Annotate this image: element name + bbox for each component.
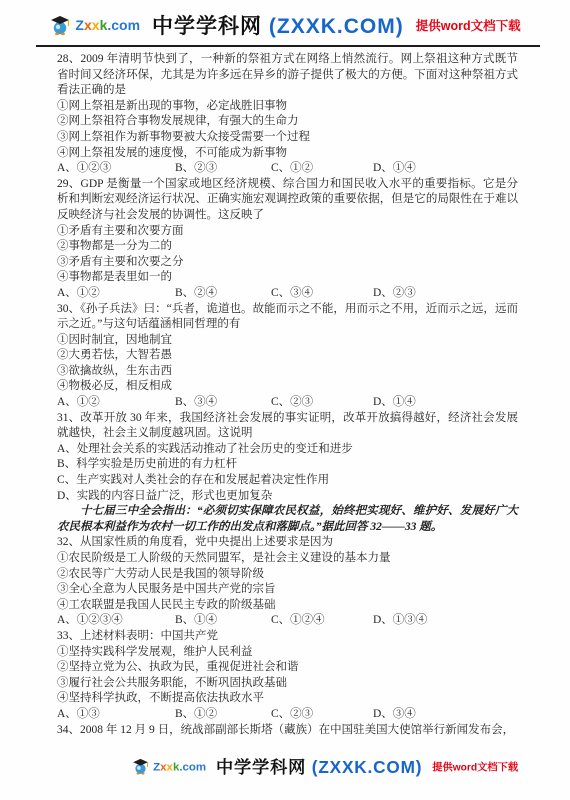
question-item: ④网上祭祖发展的速度慢，不可能成为新事物 [57, 146, 518, 162]
option-c: C、③④ [271, 286, 373, 302]
option-c: C、②③ [271, 707, 373, 723]
logo-wordmark: Zxxk.com [75, 18, 140, 32]
question-item: ④坚持科学执政，不断提高依法执政水平 [57, 691, 518, 707]
question-item: ①网上祭祖是新出现的事物，必定战胜旧事物 [57, 99, 518, 115]
question-text: 《孙子兵法》曰：“兵者，诡道也。故能而示之不能，用而示之不用，近而示之远，远而示… [57, 303, 518, 331]
question-item: ③矛盾有主要和次要之分 [57, 255, 518, 271]
question-number: 30、 [57, 303, 80, 315]
question-stem: 28、2009 年清明节快到了，一种新的祭祖方式在网络上悄然流行。网上祭祖这种方… [57, 52, 518, 99]
question-item: ①坚持实践科学发展观，维护人民利益 [57, 645, 518, 661]
question-text: 从国家性质的角度看，党中央提出上述要求是因为 [80, 536, 333, 548]
question-item: ④物极必反，相反相成 [57, 379, 518, 395]
question-stem: 34、2008 年 12 月 9 日，统战部副部长斯塔（藏族）在中国驻美国大使馆… [57, 723, 518, 739]
question-stem: 31、改革开放 30 年来，我国经济社会发展的事实证明，改革开放搞得越好，经济社… [57, 411, 518, 442]
answer-options-row: A、①②B、③④C、②③D、①④ [57, 395, 518, 411]
logo-letter: .com [179, 760, 206, 773]
site-title-en: (ZXXK.COM) [312, 758, 423, 777]
header-divider [36, 45, 540, 47]
question-item: A、处理社会关系的实践活动推动了社会历史的变迁和进步 [57, 442, 518, 458]
question-number: 28、 [57, 53, 81, 65]
option-b: B、①② [175, 707, 271, 723]
site-footer: Zxxk.com 中学学科网 (ZXXK.COM) 提供word文档下载 [91, 754, 558, 779]
question-item: ②坚持立党为公、执政为民，重视促进社会和谐 [57, 660, 518, 676]
logo-letter: x [84, 17, 92, 33]
question-29: 29、GDP 是衡量一个国家或地区经济规模、综合国力和国民收入水平的重要指标。它… [57, 177, 518, 302]
option-c: C、①② [271, 161, 373, 177]
question-text: 上述材料表明：中国共产党 [80, 630, 218, 642]
question-text: 2009 年清明节快到了，一种新的祭祖方式在网络上悄然流行。网上祭祖这种方式既节… [57, 53, 518, 96]
word-download-link[interactable]: 提供word文档下载 [432, 759, 518, 774]
answer-options-row: A、①②③④B、①④C、①②④D、①③④ [57, 613, 518, 629]
option-b: B、③④ [175, 395, 271, 411]
question-item: C、生产实践对人类社会的存在和发展起着决定性作用 [57, 473, 518, 489]
site-title-en: (ZXXK.COM) [269, 15, 404, 38]
question-31: 31、改革开放 30 年来，我国经济社会发展的事实证明，改革开放搞得越好，经济社… [57, 411, 518, 505]
question-item: ③网上祭祖作为新事物要被大众接受需要一个过程 [57, 130, 518, 146]
question-item: D、实践的内容日益广泛，形式也更加复杂 [57, 489, 518, 505]
question-item: ③欲擒故纵，生东击西 [57, 364, 518, 380]
answer-options-row: A、①②③B、②③C、①②D、①④ [57, 161, 518, 177]
question-text: GDP 是衡量一个国家或地区经济规模、综合国力和国民收入水平的重要指标。它是分析… [57, 178, 518, 221]
logo-letter: Z [75, 17, 84, 33]
zxxk-logo[interactable]: Zxxk.com [132, 757, 206, 775]
site-title-cn: 中学学科网 [152, 15, 262, 38]
zxxk-logo[interactable]: Zxxk.com [49, 14, 140, 36]
exam-content: 28、2009 年清明节快到了，一种新的祭祖方式在网络上悄然流行。网上祭祖这种方… [57, 52, 518, 738]
logo-letter: .com [107, 17, 140, 33]
option-a: A、①②③④ [57, 613, 175, 629]
answer-options-row: A、①②B、②④C、③④D、②③ [57, 286, 518, 302]
graduate-mascot-icon [49, 14, 73, 36]
question-item: ①矛盾有主要和次要方面 [57, 224, 518, 240]
question-34: 34、2008 年 12 月 9 日，统战部副部长斯塔（藏族）在中国驻美国大使馆… [57, 723, 518, 739]
question-text: 改革开放 30 年来，我国经济社会发展的事实证明，改革开放搞得越好，经济社会发展… [57, 412, 518, 440]
option-a: A、①② [57, 286, 175, 302]
site-title: 中学学科网 (ZXXK.COM) [216, 754, 422, 779]
question-item: ②大勇若怯，大智若愚 [57, 348, 518, 364]
passage: 十七届三中全会指出：“必须切实保障农民权益，始终把实现好、维护好、发展好广大农民… [57, 504, 518, 535]
option-c: C、①②④ [271, 613, 373, 629]
word-download-link[interactable]: 提供word文档下载 [416, 16, 521, 34]
logo-letter: Z [153, 760, 160, 773]
question-text: 2008 年 12 月 9 日，统战部副部长斯塔（藏族）在中国驻美国大使馆举行新… [80, 724, 514, 736]
option-a: A、①② [57, 395, 175, 411]
option-a: A、①③ [57, 707, 175, 723]
option-d: D、①③④ [373, 613, 427, 629]
question-33: 33、上述材料表明：中国共产党①坚持实践科学发展观，维护人民利益②坚持立党为公、… [57, 629, 518, 723]
question-item: ④事物都是表里如一的 [57, 270, 518, 286]
site-title: 中学学科网 (ZXXK.COM) [152, 10, 404, 40]
question-number: 34、 [57, 724, 80, 736]
question-item: ③全心全意为人民服务是中国共产党的宗旨 [57, 582, 518, 598]
question-item: ②网上祭祖符合事物发展规律，有强大的生命力 [57, 114, 518, 130]
option-c: C、②③ [271, 395, 373, 411]
option-d: D、③④ [373, 707, 416, 723]
document-page: Zxxk.com 中学学科网 (ZXXK.COM) 提供word文档下载 28、… [0, 0, 570, 800]
question-item: ③履行社会公共服务职能，不断巩固执政基础 [57, 676, 518, 692]
site-header: Zxxk.com 中学学科网 (ZXXK.COM) 提供word文档下载 [0, 10, 570, 40]
question-item: B、科学实验是历史前进的有力杠杆 [57, 457, 518, 473]
option-b: B、②③ [175, 161, 271, 177]
question-item: ②农民等广大劳动人民是我国的领导阶级 [57, 567, 518, 583]
question-stem: 29、GDP 是衡量一个国家或地区经济规模、综合国力和国民收入水平的重要指标。它… [57, 177, 518, 224]
site-title-cn: 中学学科网 [216, 758, 306, 777]
question-30: 30、《孙子兵法》曰：“兵者，诡道也。故能而示之不能，用而示之不用，近而示之远，… [57, 302, 518, 411]
option-d: D、①④ [373, 395, 416, 411]
option-d: D、①④ [373, 161, 416, 177]
graduate-mascot-icon [132, 757, 152, 775]
option-b: B、①④ [175, 613, 271, 629]
question-number: 32、 [57, 536, 80, 548]
question-item: ①农民阶级是工人阶级的天然同盟军，是社会主义建设的基本力量 [57, 551, 518, 567]
question-number: 31、 [57, 412, 80, 424]
option-b: B、②④ [175, 286, 271, 302]
option-d: D、②③ [373, 286, 416, 302]
answer-options-row: A、①③B、①②C、②③D、③④ [57, 707, 518, 723]
question-item: ②事物都是一分为二的 [57, 239, 518, 255]
question-stem: 33、上述材料表明：中国共产党 [57, 629, 518, 645]
question-stem: 32、从国家性质的角度看，党中央提出上述要求是因为 [57, 535, 518, 551]
question-32: 32、从国家性质的角度看，党中央提出上述要求是因为①农民阶级是工人阶级的天然同盟… [57, 535, 518, 629]
question-number: 33、 [57, 630, 80, 642]
question-number: 29、 [57, 178, 81, 190]
question-item: ④工农联盟是我国人民民主专政的阶级基础 [57, 598, 518, 614]
logo-letter: x [92, 17, 100, 33]
question-28: 28、2009 年清明节快到了，一种新的祭祖方式在网络上悄然流行。网上祭祖这种方… [57, 52, 518, 177]
question-item: ①因时制宜，因地制宜 [57, 333, 518, 349]
question-stem: 30、《孙子兵法》曰：“兵者，诡道也。故能而示之不能，用而示之不用，近而示之远，… [57, 302, 518, 333]
option-a: A、①②③ [57, 161, 175, 177]
logo-wordmark: Zxxk.com [153, 761, 206, 772]
